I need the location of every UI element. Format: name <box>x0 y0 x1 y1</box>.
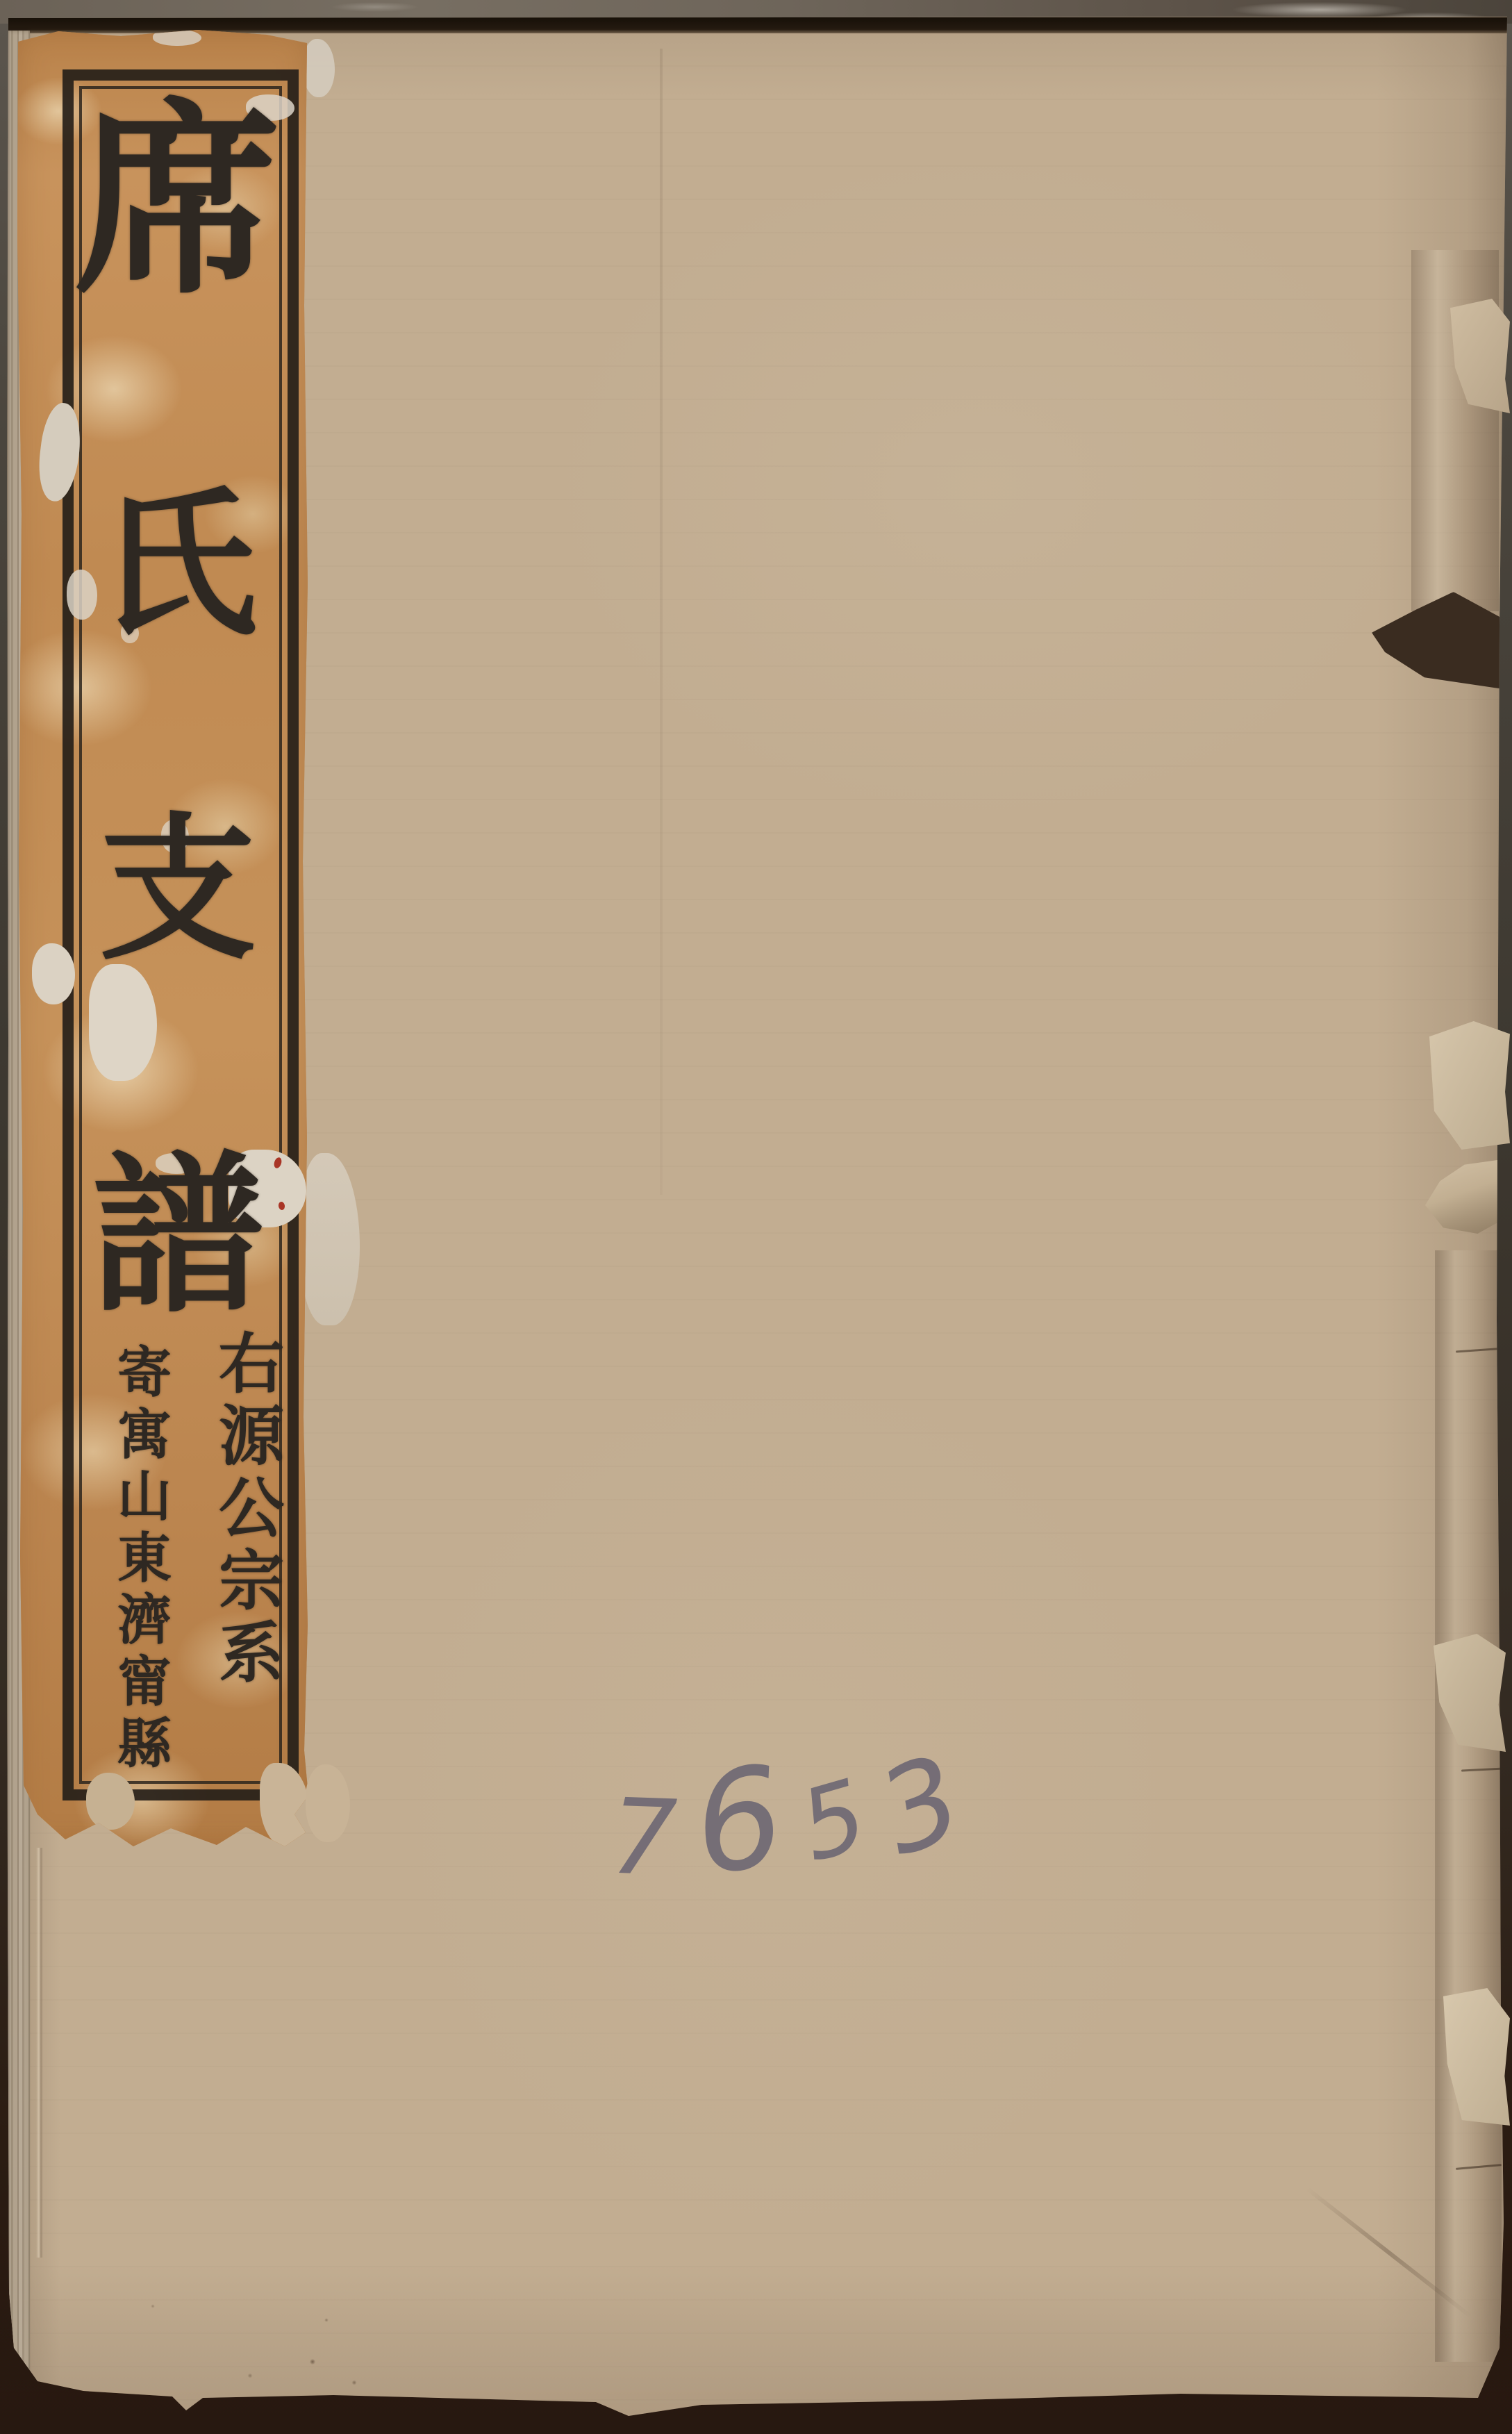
subtitle-column-left: 寄寓山東濟甯縣 <box>117 1342 172 1775</box>
spine-fold-crease <box>36 1848 43 2258</box>
book-cover: 席氏支譜 右源公宗系 寄寓山東濟甯縣 7653 <box>0 0 1512 2434</box>
book-cover-scan: 席氏支譜 右源公宗系 寄寓山東濟甯縣 7653 <box>0 0 1512 2434</box>
cover-crease-bottom-right <box>1306 2187 1472 2318</box>
torn-paper-patch <box>306 1764 350 1842</box>
tear-slit <box>1461 1767 1504 1771</box>
dust-specks <box>42 2278 403 2403</box>
torn-label-bottom-patch <box>86 1773 135 1830</box>
title-label: 席氏支譜 右源公宗系 寄寓山東濟甯縣 <box>17 28 310 1848</box>
subtitle-column-right: 右源公宗系 <box>219 1328 284 1689</box>
torn-paper-patch <box>303 39 335 97</box>
tear-slit <box>1456 1348 1504 1353</box>
torn-paper-patch <box>300 1153 360 1325</box>
cover-top-edge-shadow <box>0 17 1512 33</box>
tear-slit <box>1456 2164 1502 2170</box>
curled-torn-flap <box>1425 1159 1507 1234</box>
handwritten-catalog-number: 7653 <box>604 1732 964 1905</box>
cover-crease <box>660 49 663 1195</box>
torn-hole-shadow <box>1372 592 1504 689</box>
cover-fold-band-lower <box>1435 1250 1502 2362</box>
